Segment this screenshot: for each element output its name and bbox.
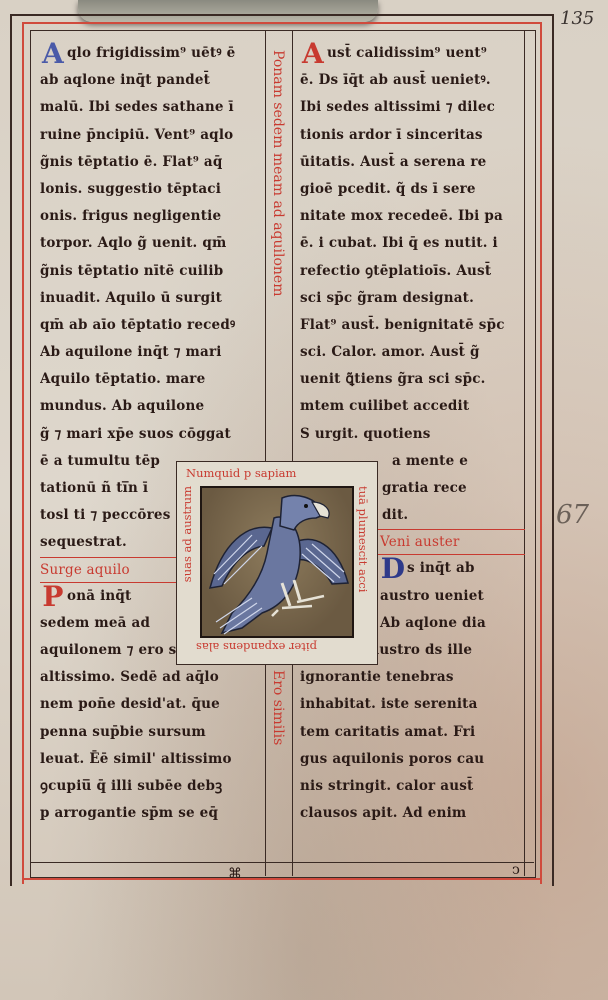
decorated-initial: D <box>380 555 406 582</box>
text-line: Ibi sedes altissimi ⁊ dilec <box>300 94 525 121</box>
text-line: ē. i cubat. Ibi q̄ es nutit. i <box>300 230 525 257</box>
margin-note: 67 <box>556 500 589 530</box>
text-line: sci. Calor. amor. Aust̄ g̃ <box>300 339 525 366</box>
text-line: tionis ardor ī sinceritas <box>300 122 525 149</box>
text-line: leuat. Ēē simil' altissimo <box>40 746 265 773</box>
text-line: torpor. Aqlo g̃ uenit. qm̄ <box>40 230 265 257</box>
text-line: ꝯcupiu̅ q̄ illi subēe debꝫ <box>40 773 265 800</box>
text-line: nem pon̄e desid'at. q̄ue <box>40 691 265 718</box>
text-line: altissimo. Sedē ad aq̄lo <box>40 664 265 691</box>
text-line: gus aquilonis poros cau <box>300 746 525 773</box>
eagle-icon <box>202 488 352 636</box>
text-line: nitate mox recedeē. Ibi pa <box>300 203 525 230</box>
column-rule-right <box>292 30 293 876</box>
red-rule-left <box>22 22 24 884</box>
vertical-rubric-lower: Ero similis <box>270 670 286 745</box>
text-line: g̃ ⁊ mari xp̄e suos cōggat <box>40 421 265 448</box>
text-line: qm̄ ab aīo tēptatio recedꝰ <box>40 312 265 339</box>
text-line: Aust̄ calidissim⁹ uent⁹ <box>300 40 525 67</box>
decorated-initial: P <box>40 583 66 610</box>
text-line: onis. frigus negligentie <box>40 203 265 230</box>
miniature-caption-left: suas ad austrum <box>180 486 194 582</box>
miniature-caption-right: tuā plumescit acci <box>356 486 370 592</box>
text-line: mundus. Ab aquilone <box>40 393 265 420</box>
miniature-caption-top: Numquid p sapiam <box>186 466 296 480</box>
text-line: inhabitat. iste serenita <box>300 691 525 718</box>
text-line: tem caritatis amat. Fri <box>300 719 525 746</box>
folio-number: 135 <box>560 8 594 29</box>
text-line: mtem cuilibet accedit <box>300 393 525 420</box>
text-line: ūitatis. Aust̄ a serena re <box>300 149 525 176</box>
right-text-column: Aust̄ calidissim⁹ uent⁹ ē. Ds īq̄t ab au… <box>300 40 525 827</box>
decorated-initial: A <box>40 40 66 67</box>
text-line: malū. Ibi sedes sathane ī <box>40 94 265 121</box>
text-line: p arrogantie sp̄m se eq̄ <box>40 800 265 827</box>
eagle-miniature <box>200 486 354 638</box>
text-bottom-rule <box>30 862 534 863</box>
text-line: gioē pcedit. q̃ ds ī sere <box>300 176 525 203</box>
text-line: clausos apit. Ad enim <box>300 800 525 827</box>
text-line: Ab aquilone inq̄t ⁊ mari <box>40 339 265 366</box>
red-rule-top <box>22 22 540 24</box>
text-line: ignorantie tenebras <box>300 664 525 691</box>
text-line: sci sp̄c g̃ram designat. <box>300 285 525 312</box>
red-rule-bottom <box>22 878 540 880</box>
catchword-ornament: ⌘ <box>228 866 242 882</box>
left-text-column: Aqlo frigidissim⁹ uētꝰ ē ab aqlone inq̄t… <box>40 40 265 827</box>
text-line: ruine p̄ncipiū. Vent⁹ aqlo <box>40 122 265 149</box>
text-line: lonis. suggestio tēptaci <box>40 176 265 203</box>
vertical-rubric-upper: Ponam sedem meam ad aquilonem <box>270 50 286 297</box>
text-line: penna sup̄bie sursum <box>40 719 265 746</box>
text-line: ab aqlone inq̄t pandet̄ <box>40 67 265 94</box>
text-line: g̃nis tēptatio nītē cuilib <box>40 258 265 285</box>
text-line: ē. Ds īq̄t ab aust̄ uenietꝰ. <box>300 67 525 94</box>
miniature-caption-bottom: piter expandens alas <box>196 640 317 654</box>
text-line: uenit ꝗ̃tiens g̃ra sci sp̄c. <box>300 366 525 393</box>
column-rule-left <box>265 30 266 876</box>
manuscript-page: 135 67 Ponam sedem meam ad aquilonem Ero… <box>0 0 608 1000</box>
text-line: Aqlo frigidissim⁹ uētꝰ ē <box>40 40 265 67</box>
text-line: inuadit. Aquilo ū surgit <box>40 285 265 312</box>
text-line: S urgit. quotiens <box>300 421 525 448</box>
text-line: refectio ꝯtēplatioīs. Aust̄ <box>300 258 525 285</box>
red-rule-right <box>540 22 542 884</box>
line-end-ornament: ↄ <box>512 862 520 878</box>
text-line: Aquilo tēptatio. mare <box>40 366 265 393</box>
text-line: nis stringit. calor aust̄ <box>300 773 525 800</box>
text-line: g̃nis tēptatio ē. Flat⁹ aq̄ <box>40 149 265 176</box>
decorated-initial: A <box>300 40 326 67</box>
text-line: Flat⁹ aust̄. benignitatē sp̄c <box>300 312 525 339</box>
